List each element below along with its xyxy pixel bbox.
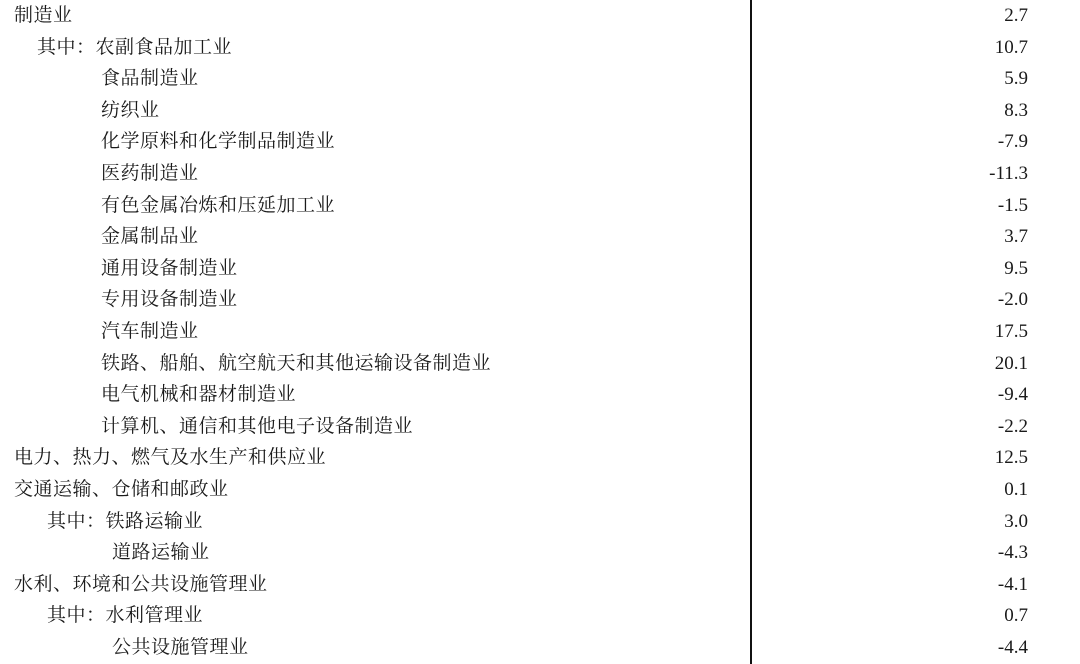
industry-name: 农副食品加工业 [96, 36, 233, 58]
industry-name: 铁路运输业 [106, 510, 204, 532]
industry-name: 食品制造业 [101, 67, 199, 89]
industry-name: 铁路、船舶、航空航天和其他运输设备制造业 [101, 352, 491, 374]
growth-value: 3.0 [1004, 506, 1028, 538]
industry-name: 汽车制造业 [101, 320, 199, 342]
industry-label: 通用设备制造业 [101, 253, 238, 285]
growth-value: 8.3 [1004, 95, 1028, 127]
industry-label: 金属制品业 [101, 221, 199, 253]
industry-name: 金属制品业 [101, 225, 199, 247]
growth-value: 3.7 [1004, 221, 1028, 253]
growth-value: 0.1 [1004, 474, 1028, 506]
industry-label: 电气机械和器材制造业 [101, 379, 296, 411]
table-row: 纺织业8.3 [0, 95, 1080, 127]
table-row: 交通运输、仓储和邮政业0.1 [0, 474, 1080, 506]
of-which-prefix: 其中： [37, 36, 96, 58]
industry-label: 汽车制造业 [101, 316, 199, 348]
industry-label: 纺织业 [101, 95, 160, 127]
table-row: 铁路、船舶、航空航天和其他运输设备制造业20.1 [0, 348, 1080, 380]
industry-name: 计算机、通信和其他电子设备制造业 [101, 415, 413, 437]
industry-name: 有色金属冶炼和压延加工业 [101, 194, 335, 216]
industry-name: 专用设备制造业 [101, 288, 238, 310]
industry-label: 铁路、船舶、航空航天和其他运输设备制造业 [101, 348, 491, 380]
growth-value: -7.9 [998, 126, 1028, 158]
industry-label: 化学原料和化学制品制造业 [101, 126, 335, 158]
table-row: 化学原料和化学制品制造业-7.9 [0, 126, 1080, 158]
table-row: 计算机、通信和其他电子设备制造业-2.2 [0, 411, 1080, 443]
growth-value: 12.5 [995, 442, 1028, 474]
industry-label: 交通运输、仓储和邮政业 [14, 474, 229, 506]
industry-label: 电力、热力、燃气及水生产和供应业 [14, 442, 326, 474]
industry-name: 纺织业 [101, 99, 160, 121]
industry-name: 水利管理业 [106, 604, 204, 626]
table-row: 道路运输业-4.3 [0, 537, 1080, 569]
industry-label: 其中：水利管理业 [47, 600, 203, 632]
of-which-prefix: 其中： [47, 604, 106, 626]
industry-label: 其中：农副食品加工业 [37, 32, 232, 64]
industry-name: 水利、环境和公共设施管理业 [14, 573, 268, 595]
table-row: 其中：水利管理业0.7 [0, 600, 1080, 632]
growth-value: -1.5 [998, 190, 1028, 222]
table-row: 电力、热力、燃气及水生产和供应业12.5 [0, 442, 1080, 474]
growth-value: 2.7 [1004, 0, 1028, 32]
industry-label: 专用设备制造业 [101, 284, 238, 316]
of-which-prefix: 其中： [47, 510, 106, 532]
table-row: 通用设备制造业9.5 [0, 253, 1080, 285]
industry-label: 水利、环境和公共设施管理业 [14, 569, 268, 601]
industry-name: 公共设施管理业 [112, 636, 249, 658]
growth-value: -4.1 [998, 569, 1028, 601]
table-row: 其中：铁路运输业3.0 [0, 506, 1080, 538]
growth-value: 0.7 [1004, 600, 1028, 632]
industry-name: 通用设备制造业 [101, 257, 238, 279]
table-row: 医药制造业-11.3 [0, 158, 1080, 190]
industry-label: 其中：铁路运输业 [47, 506, 203, 538]
industry-label: 制造业 [14, 0, 73, 32]
industry-label: 道路运输业 [112, 537, 210, 569]
table-row: 公共设施管理业-4.4 [0, 632, 1080, 664]
growth-value: -9.4 [998, 379, 1028, 411]
growth-value: -4.3 [998, 537, 1028, 569]
industry-label: 计算机、通信和其他电子设备制造业 [101, 411, 413, 443]
table-row: 食品制造业5.9 [0, 63, 1080, 95]
growth-value: 17.5 [995, 316, 1028, 348]
growth-value: 20.1 [995, 348, 1028, 380]
industry-label: 公共设施管理业 [112, 632, 249, 664]
table-row: 水利、环境和公共设施管理业-4.1 [0, 569, 1080, 601]
industry-name: 电力、热力、燃气及水生产和供应业 [14, 446, 326, 468]
industry-name: 道路运输业 [112, 541, 210, 563]
growth-value: 5.9 [1004, 63, 1028, 95]
growth-value: -4.4 [998, 632, 1028, 664]
table-row: 金属制品业3.7 [0, 221, 1080, 253]
growth-value: -11.3 [989, 158, 1028, 190]
growth-value: 9.5 [1004, 253, 1028, 285]
growth-value: 10.7 [995, 32, 1028, 64]
industry-label: 食品制造业 [101, 63, 199, 95]
table-row: 汽车制造业17.5 [0, 316, 1080, 348]
industry-label: 医药制造业 [101, 158, 199, 190]
industry-name: 制造业 [14, 4, 73, 26]
table-row: 其中：农副食品加工业10.7 [0, 32, 1080, 64]
table-row: 专用设备制造业-2.0 [0, 284, 1080, 316]
industry-name: 医药制造业 [101, 162, 199, 184]
growth-value: -2.2 [998, 411, 1028, 443]
industry-label: 有色金属冶炼和压延加工业 [101, 190, 335, 222]
industry-name: 化学原料和化学制品制造业 [101, 130, 335, 152]
growth-value: -2.0 [998, 284, 1028, 316]
table-row: 电气机械和器材制造业-9.4 [0, 379, 1080, 411]
industry-name: 交通运输、仓储和邮政业 [14, 478, 229, 500]
table-row: 有色金属冶炼和压延加工业-1.5 [0, 190, 1080, 222]
table-row: 制造业2.7 [0, 0, 1080, 32]
industry-name: 电气机械和器材制造业 [101, 383, 296, 405]
